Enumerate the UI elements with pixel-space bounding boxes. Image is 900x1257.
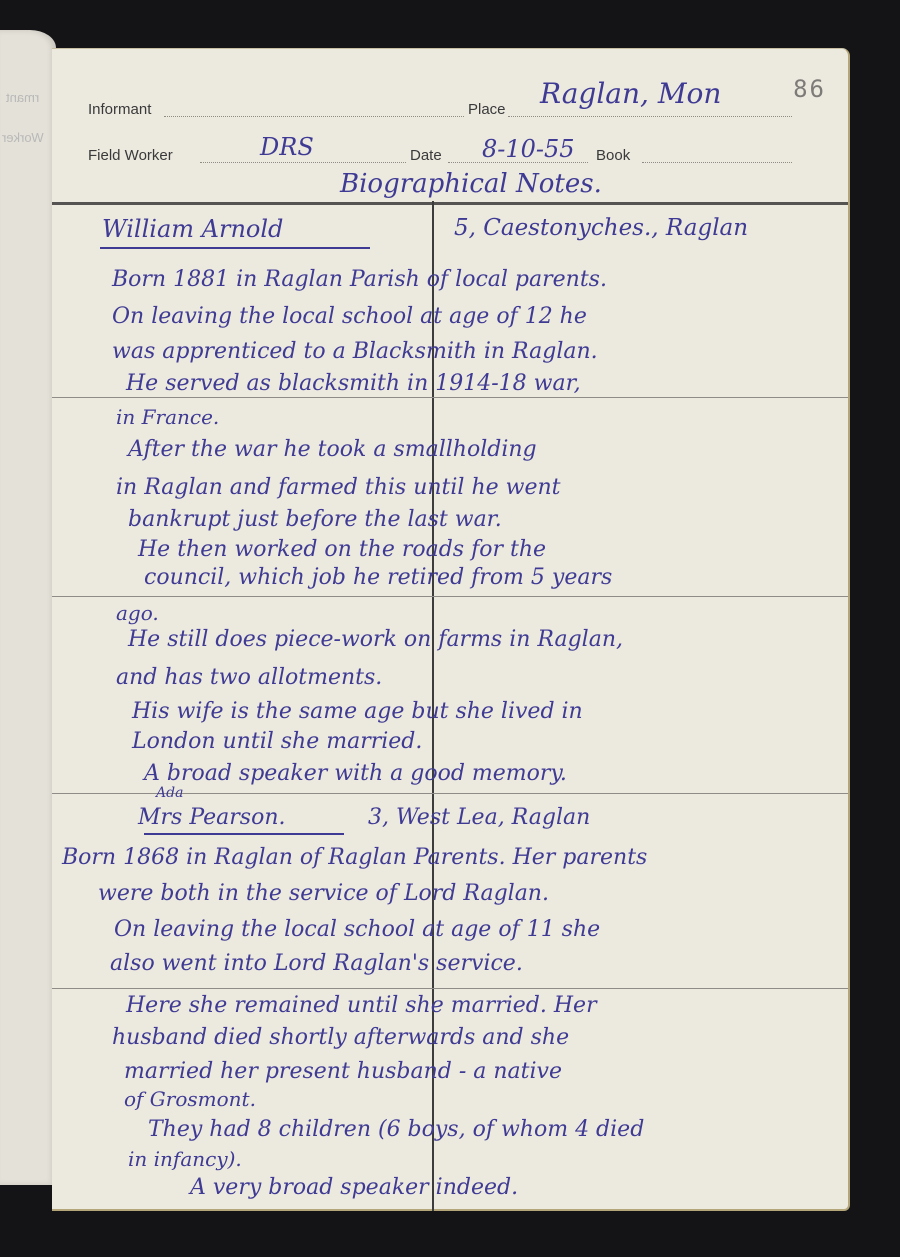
book-label: Book [596,147,630,164]
header-rule [52,202,848,205]
note-line: in Raglan and farmed this until he went [116,475,561,500]
show-through-text: Worker [2,130,44,145]
note-line: He still does piece-work on farms in Rag… [128,627,623,652]
informant-name: Mrs Pearson. [138,805,286,830]
note-line: and has two allotments. [116,665,382,690]
informant-address: 3, West Lea, Raglan [368,805,590,830]
note-line: bankrupt just before the last war. [128,507,502,532]
note-line: also went into Lord Raglan's service. [110,951,523,976]
informant-field [164,116,464,117]
facing-page-edge: rmant Worker [0,30,56,1185]
date-value: 8-10-55 [482,135,575,163]
note-line: married her present husband - a native [124,1059,562,1084]
show-through-text: rmant [6,90,39,105]
ruled-line [52,596,848,597]
field-worker-label: Field Worker [88,147,173,164]
book-field [642,162,792,163]
name-underline [100,247,370,249]
note-line: of Grosmont. [124,1087,256,1111]
note-line: A broad speaker with a good memory. [144,761,567,786]
place-field [508,116,792,117]
note-line: in infancy). [128,1147,242,1171]
note-line: His wife is the same age but she lived i… [132,699,583,724]
note-line: Here she remained until she married. Her [126,993,597,1018]
note-line: He then worked on the roads for the [138,537,546,562]
informant-address: 5, Caestonyches., Raglan [454,215,748,241]
note-line: was apprenticed to a Blacksmith in Ragla… [112,339,598,364]
place-label: Place [468,101,506,118]
note-line: Born 1868 in Raglan of Raglan Parents. H… [62,845,647,870]
page-number: 86 [793,75,826,103]
name-underline [144,833,344,835]
note-line: On leaving the local school at age of 11… [114,917,600,942]
note-line: ago. [116,601,159,625]
note-line: London until she married. [132,729,422,754]
note-line: They had 8 children (6 boys, of whom 4 d… [148,1117,644,1142]
note-line: He served as blacksmith in 1914-18 war, [126,371,581,396]
informant-name: William Arnold [102,215,283,243]
note-line: were both in the service of Lord Raglan. [98,881,549,906]
note-line: husband died shortly afterwards and she [112,1025,569,1050]
informant-label: Informant [88,101,151,118]
note-line: On leaving the local school at age of 12… [112,304,587,329]
note-line: A very broad speaker indeed. [190,1175,518,1200]
name-insertion: Ada [156,785,183,801]
notebook-page: 86 Informant Place Raglan, Mon Field Wor… [52,48,850,1211]
ruled-line [52,988,848,989]
place-value: Raglan, Mon [540,77,721,110]
note-line: in France. [116,405,219,429]
ruled-line [52,397,848,398]
note-line: Born 1881 in Raglan Parish of local pare… [112,267,607,292]
note-line: After the war he took a smallholding [128,437,537,462]
field-worker-value: DRS [260,133,314,161]
field-worker-field [200,162,406,163]
note-line: council, which job he retired from 5 yea… [144,565,612,590]
date-label: Date [410,147,442,164]
section-heading: Biographical Notes. [340,169,602,199]
